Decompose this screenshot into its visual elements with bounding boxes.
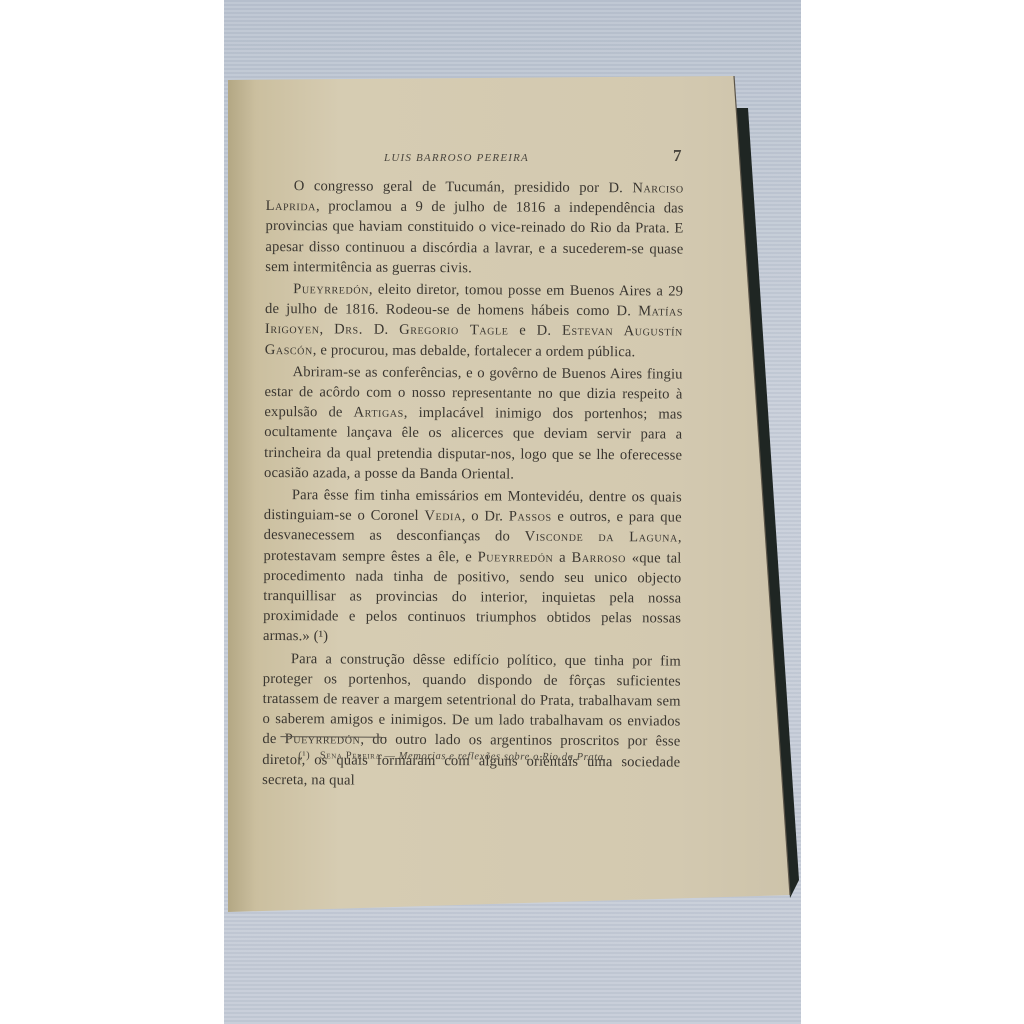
text-run: a bbox=[553, 549, 571, 565]
footnote-title: Memorias e reflexões sobre o Rio da Prat… bbox=[399, 751, 607, 763]
text-run: D. bbox=[363, 322, 399, 338]
running-head-title: LUIS BARROSO PEREIRA bbox=[384, 152, 529, 164]
footnote-author: Sena Pereira bbox=[320, 750, 381, 761]
footnote-dash: — bbox=[384, 751, 395, 762]
proper-name: Barroso bbox=[571, 550, 626, 566]
footnote: (¹) Sena Pereira — Memorias e reflexões … bbox=[298, 746, 698, 769]
text-run: O congresso geral de Tucumán, presidido … bbox=[294, 178, 633, 196]
paragraph: Para êsse fim tinha emissários em Montev… bbox=[263, 485, 682, 649]
paragraph: Para a construção dêsse edifício polític… bbox=[262, 649, 681, 793]
proper-name: Pueyrredón bbox=[293, 281, 369, 297]
proper-name: Visconde da Laguna bbox=[525, 529, 678, 546]
text-run: , bbox=[320, 322, 335, 338]
photo-frame: LUIS BARROSO PEREIRA 7 O congresso geral… bbox=[224, 0, 801, 1024]
text-run: , e procurou, mas debalde, fortalecer a … bbox=[313, 342, 636, 360]
text-run: , o Dr. bbox=[462, 508, 509, 524]
proper-name: Vedia bbox=[424, 508, 462, 524]
paragraph: Pueyrredón, eleito diretor, tomou posse … bbox=[265, 279, 683, 362]
proper-name: Drs. bbox=[334, 322, 363, 338]
body-text: O congresso geral de Tucumán, presidido … bbox=[262, 176, 684, 793]
paragraph: O congresso geral de Tucumán, presidido … bbox=[265, 176, 684, 280]
footnote-marker: (¹) bbox=[298, 750, 310, 761]
page-number: 7 bbox=[673, 146, 682, 166]
proper-name: Gregorio Tagle bbox=[399, 322, 508, 339]
proper-name: Passos bbox=[509, 509, 552, 525]
proper-name: Artigas bbox=[354, 405, 404, 421]
text-run: e D. bbox=[508, 323, 562, 339]
paragraph: Abriram-se as conferências, e o govêrno … bbox=[264, 362, 683, 486]
text-run: , proclamou a 9 de julho de 1816 a indep… bbox=[265, 199, 683, 277]
proper-name: Pueyrredón bbox=[478, 549, 554, 565]
